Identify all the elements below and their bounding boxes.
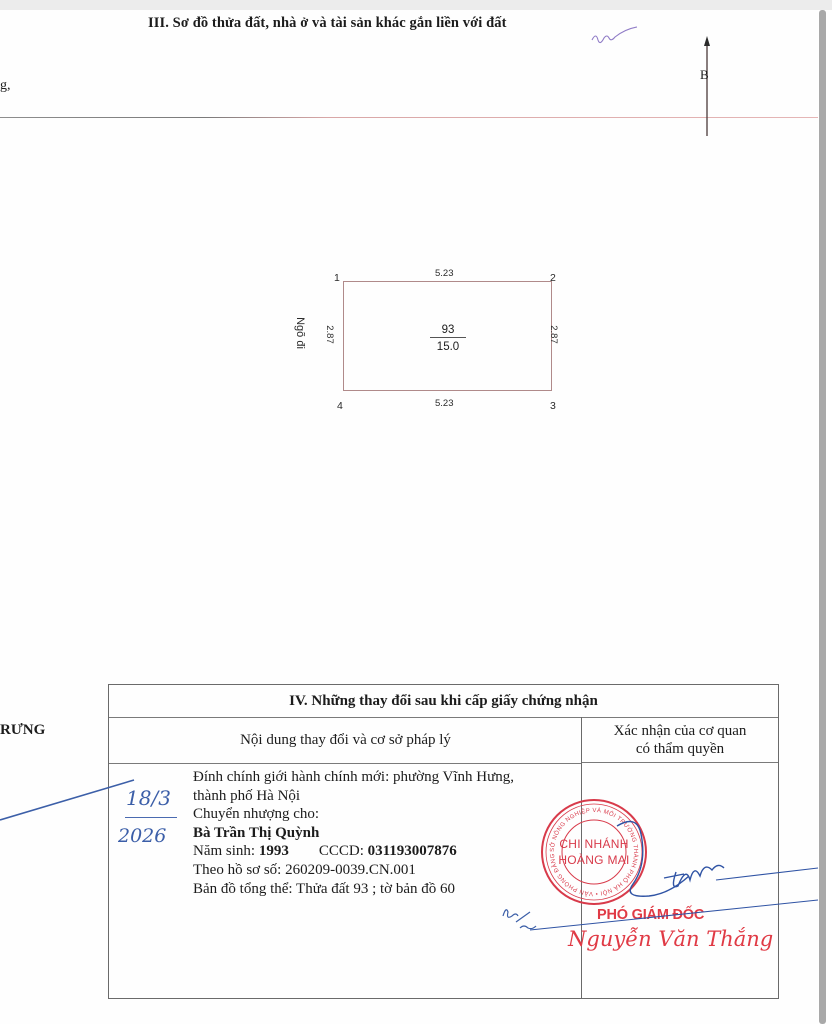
- vertical-scrollbar[interactable]: [819, 10, 826, 1024]
- column-header-confirmation-line1: Xác nhận của cơ quan: [582, 722, 778, 740]
- edge-length-bottom: 5.23: [435, 398, 454, 409]
- handwritten-date-day-month: 18/3: [126, 786, 171, 810]
- column-header-confirmation: Xác nhận của cơ quan có thẩm quyền: [582, 717, 778, 763]
- stamp-center: CHI NHÁNH HOÀNG MAI: [539, 797, 649, 907]
- edge-length-left: 2.87: [324, 325, 335, 344]
- birth-label: Năm sinh:: [193, 843, 259, 859]
- corner-label-4: 4: [337, 400, 343, 412]
- entry-owner-details: Năm sinh: 1993CCCD: 031193007876: [193, 842, 514, 861]
- section-divider: [0, 117, 818, 118]
- north-label: B: [700, 67, 709, 83]
- corner-label-2: 2: [550, 272, 556, 284]
- entry-city: thành phố Hà Nội: [193, 787, 514, 806]
- entry-admin-correction: Đính chính giới hành chính mới: phường V…: [193, 768, 514, 787]
- id-label: CCCD:: [319, 843, 368, 859]
- handwritten-date-rule: [125, 817, 177, 818]
- stamp-line-2: HOÀNG MAI: [558, 852, 629, 868]
- left-margin-text-fragment: g,: [0, 78, 11, 94]
- north-arrow-icon: [701, 36, 713, 136]
- parcel-area: 15.0: [430, 341, 466, 353]
- road-label: Ngõ đi: [294, 317, 306, 349]
- column-header-confirmation-line2: có thẩm quyền: [582, 740, 778, 758]
- left-margin-heading-fragment: RƯNG: [0, 722, 45, 739]
- parcel-number: 93: [430, 323, 466, 338]
- section-4-title: IV. Những thay đổi sau khi cấp giấy chứn…: [109, 685, 778, 718]
- entry-dossier-number: Theo hồ sơ số: 260209-0039.CN.001: [193, 861, 514, 880]
- entry-transfer-label: Chuyển nhượng cho:: [193, 805, 514, 824]
- column-header-content: Nội dung thay đổi và cơ sở pháp lý: [109, 717, 582, 764]
- signer-name: Nguyễn Văn Thắng: [568, 927, 773, 951]
- changes-table: IV. Những thay đổi sau khi cấp giấy chứn…: [108, 684, 779, 999]
- edge-length-right: 2.87: [548, 325, 559, 344]
- corner-label-1: 1: [334, 272, 340, 284]
- edge-length-top: 5.23: [435, 268, 454, 279]
- stamp-line-1: CHI NHÁNH: [559, 836, 628, 852]
- entry-map-reference: Bản đồ tổng thể: Thửa đất 93 ; tờ bản đồ…: [193, 880, 514, 899]
- official-stamp: SỞ NÔNG NGHIỆP VÀ MÔI TRƯỜNG THÀNH PHỐ H…: [539, 797, 649, 907]
- handwritten-date-year: 2026: [118, 825, 166, 847]
- entry-new-owner: Bà Trần Thị Quỳnh: [193, 824, 514, 843]
- section-3-title: III. Sơ đồ thửa đất, nhà ở và tài sản kh…: [148, 15, 507, 32]
- corner-label-3: 3: [550, 400, 556, 412]
- change-entry: Đính chính giới hành chính mới: phường V…: [193, 768, 514, 898]
- viewer-top-bar: [0, 0, 832, 10]
- id-number: 031193007876: [368, 843, 457, 859]
- birth-year: 1993: [259, 843, 289, 859]
- signer-title: PHÓ GIÁM ĐỐC: [597, 907, 704, 923]
